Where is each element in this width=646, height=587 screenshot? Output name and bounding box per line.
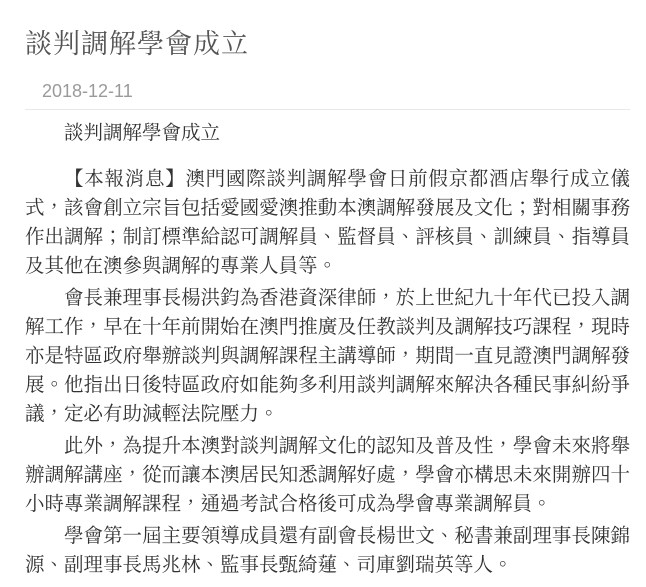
divider bbox=[25, 109, 630, 110]
article-page: 談判調解學會成立 2018-12-11 談判調解學會成立 【本報消息】澳門國際談… bbox=[0, 0, 646, 580]
article-paragraph: 學會第一屆主要領導成員還有副會長楊世文、秘書兼副理事長陳錦源、副理事長馬兆林、監… bbox=[25, 522, 630, 580]
article-date: 2018-12-11 bbox=[42, 82, 630, 100]
article-subtitle: 談判調解學會成立 bbox=[25, 119, 630, 148]
article-body: 談判調解學會成立 【本報消息】澳門國際談判調解學會日前假京都酒店舉行成立儀式，該… bbox=[25, 119, 630, 580]
article-paragraph: 【本報消息】澳門國際談判調解學會日前假京都酒店舉行成立儀式，該會創立宗旨包括愛國… bbox=[25, 165, 630, 281]
page-title: 談判調解學會成立 bbox=[25, 0, 630, 62]
article-paragraph: 此外，為提升本澳對談判調解文化的認知及普及性，學會未來將舉辦調解講座，從而讓本澳… bbox=[25, 432, 630, 519]
article-paragraph: 會長兼理事長楊洪鈞為香港資深律師，於上世紀九十年代已投入調解工作，早在十年前開始… bbox=[25, 284, 630, 429]
